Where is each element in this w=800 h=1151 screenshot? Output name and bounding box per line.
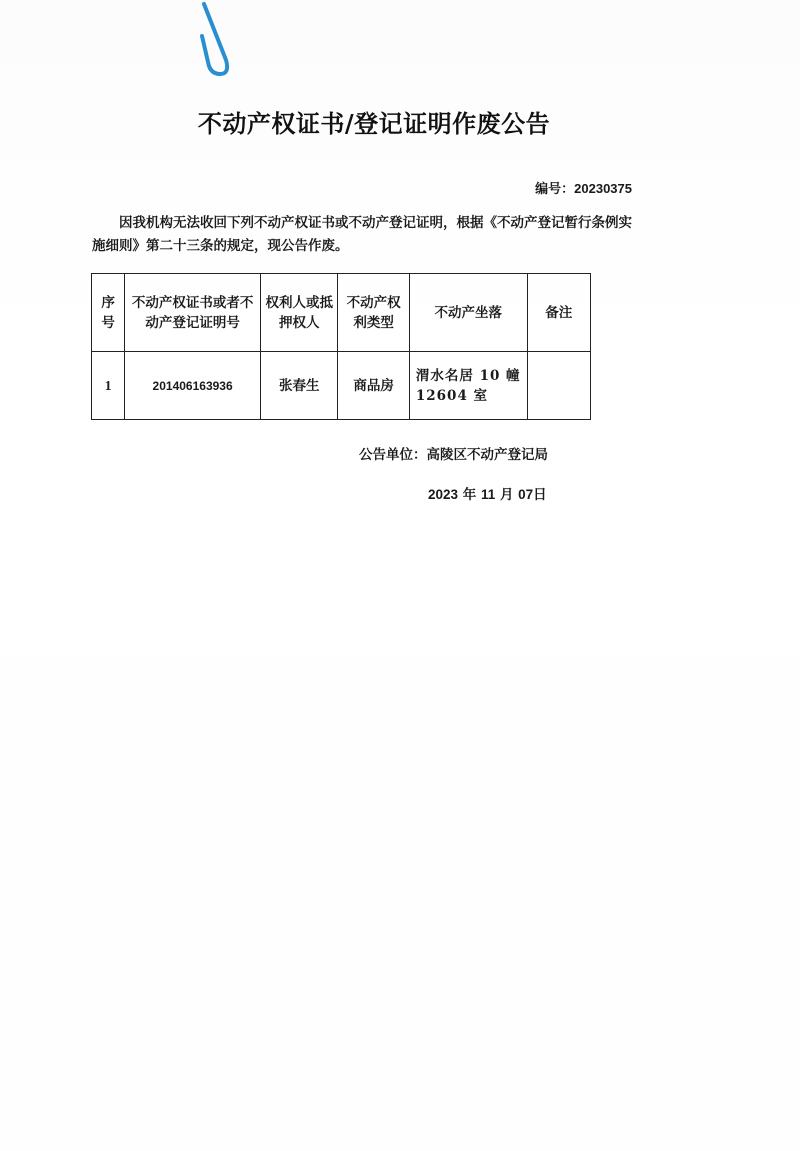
header-right-type: 不动产权利类型 [338,274,409,352]
date-day-unit: 日 [533,487,547,503]
document-number: 编号：20230375 [535,178,632,197]
header-seq: 序号 [92,274,125,352]
date-year: 2023 [428,487,458,502]
issuer-name: 高陵区不动产登记局 [427,447,549,463]
date-day: 07 [518,487,533,502]
header-owner: 权利人或抵押权人 [261,274,338,352]
date-year-unit: 年 [463,487,477,503]
paperclip-icon [196,0,240,80]
cell-right-type: 商品房 [338,352,409,420]
table-header-row: 序号 不动产权证书或者不动产登记证明号 权利人或抵押权人 不动产权利类型 不动产… [92,274,591,352]
document-number-label: 编号： [535,182,574,197]
document-number-value: 20230375 [574,181,632,196]
cell-seq: 1 [92,352,125,420]
cell-owner: 张春生 [261,352,338,420]
page-title: 不动产权证书/登记证明作废公告 [0,104,748,139]
header-location: 不动产坐落 [409,274,527,352]
date-month: 11 [481,487,495,502]
date-month-unit: 月 [500,487,514,503]
header-note: 备注 [527,274,590,352]
cell-note [527,352,590,420]
cell-cert-no: 201406163936 [125,352,261,420]
notice-body: 因我机构无法收回下列不动产权证书或不动产登记证明，根据《不动产登记暂行条例实施细… [92,212,640,258]
header-cert-no: 不动产权证书或者不动产登记证明号 [125,274,261,352]
void-certificate-table: 序号 不动产权证书或者不动产登记证明号 权利人或抵押权人 不动产权利类型 不动产… [91,273,591,420]
issue-date: 2023 年 11 月 07日 [428,483,547,503]
cell-location: 渭水名居 10 幢 12604 室 [409,352,527,420]
issuer-label: 公告单位： [359,447,427,463]
table-row: 1 201406163936 张春生 商品房 渭水名居 10 幢 12604 室 [92,352,591,420]
issuing-authority: 公告单位：高陵区不动产登记局 [359,443,548,463]
